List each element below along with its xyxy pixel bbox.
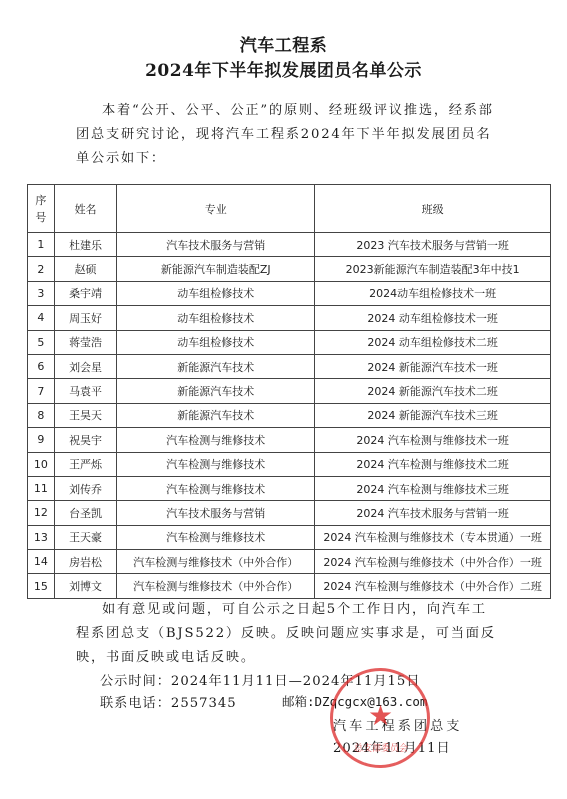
cell-no: 1: [28, 233, 55, 257]
table-row: 4周玉好动车组检修技术2024 动车组检修技术一班: [28, 306, 551, 330]
cell-class: 2023新能源汽车制造装配3年中技1: [315, 257, 551, 281]
department-title: 汽车工程系: [0, 31, 567, 56]
cell-no: 3: [28, 281, 55, 305]
cell-name: 杜建乐: [54, 233, 116, 257]
cell-no: 11: [28, 476, 55, 500]
table-row: 10王严烁汽车检测与维修技术2024 汽车检测与维修技术二班: [28, 452, 551, 476]
cell-no: 6: [28, 354, 55, 378]
cell-major: 汽车检测与维修技术: [117, 452, 315, 476]
cell-class: 2024 新能源汽车技术一班: [315, 354, 551, 378]
cell-class: 2024 汽车检测与维修技术三班: [315, 476, 551, 500]
cell-name: 王严烁: [54, 452, 116, 476]
cell-name: 房岩松: [54, 550, 116, 574]
cell-no: 13: [28, 525, 55, 549]
table-row: 8王昊天新能源汽车技术2024 新能源汽车技术三班: [28, 403, 551, 427]
table-header-row: 序 号 姓名 专业 班级: [28, 185, 551, 233]
header-major: 专业: [117, 185, 315, 233]
table-row: 2赵硕新能源汽车制造装配ZJ2023新能源汽车制造装配3年中技1: [28, 257, 551, 281]
cell-class: 2024 汽车检测与维修技术（中外合作）二班: [315, 574, 551, 598]
cell-name: 刘博文: [54, 574, 116, 598]
cell-name: 周玉好: [54, 306, 116, 330]
cell-class: 2024 汽车检测与维修技术一班: [315, 428, 551, 452]
cell-class: 2024 新能源汽车技术三班: [315, 403, 551, 427]
cell-no: 2: [28, 257, 55, 281]
cell-major: 汽车检测与维修技术: [117, 428, 315, 452]
table-row: 1杜建乐汽车技术服务与营销2023 汽车技术服务与营销一班: [28, 233, 551, 257]
cell-no: 12: [28, 501, 55, 525]
intro-paragraph: 本着“公开、公平、公正”的原则、经班级评议推选，经系部团总支研究讨论，现将汽车工…: [76, 99, 496, 171]
candidate-table: 序 号 姓名 专业 班级 1杜建乐汽车技术服务与营销2023 汽车技术服务与营销…: [27, 184, 551, 599]
contact-phone: 联系电话：2557345: [100, 692, 237, 711]
cell-no: 7: [28, 379, 55, 403]
contact-email: 邮箱:DZqcgcx@163.com: [282, 692, 427, 710]
cell-major: 新能源汽车技术: [117, 354, 315, 378]
cell-class: 2024 汽车检测与维修技术二班: [315, 452, 551, 476]
cell-class: 2024 动车组检修技术二班: [315, 330, 551, 354]
signature-date: 2024年11月11日: [333, 737, 451, 756]
cell-major: 新能源汽车制造装配ZJ: [117, 257, 315, 281]
cell-class: 2024 新能源汽车技术二班: [315, 379, 551, 403]
table-row: 7马袁平新能源汽车技术2024 新能源汽车技术二班: [28, 379, 551, 403]
cell-no: 8: [28, 403, 55, 427]
table-row: 12台圣凯汽车技术服务与营销2024 汽车技术服务与营销一班: [28, 501, 551, 525]
table-row: 9祝昊宇汽车检测与维修技术2024 汽车检测与维修技术一班: [28, 428, 551, 452]
cell-name: 蒋莹浩: [54, 330, 116, 354]
header-no-line1: 序: [28, 192, 54, 209]
cell-name: 王天豪: [54, 525, 116, 549]
cell-name: 赵硕: [54, 257, 116, 281]
signature-organization: 汽车工程系团总支: [333, 715, 463, 734]
cell-class: 2023 汽车技术服务与营销一班: [315, 233, 551, 257]
table-row: 3桑宇靖动车组检修技术2024动车组检修技术一班: [28, 281, 551, 305]
table-row: 5蒋莹浩动车组检修技术2024 动车组检修技术二班: [28, 330, 551, 354]
cell-class: 2024 汽车技术服务与营销一班: [315, 501, 551, 525]
cell-no: 10: [28, 452, 55, 476]
cell-no: 14: [28, 550, 55, 574]
table-row: 14房岩松汽车检测与维修技术（中外合作）2024 汽车检测与维修技术（中外合作）…: [28, 550, 551, 574]
cell-major: 汽车检测与维修技术（中外合作）: [117, 550, 315, 574]
cell-name: 祝昊宇: [54, 428, 116, 452]
header-class: 班级: [315, 185, 551, 233]
cell-major: 汽车检测与维修技术: [117, 525, 315, 549]
cell-name: 刘传乔: [54, 476, 116, 500]
cell-major: 动车组检修技术: [117, 330, 315, 354]
table-row: 6刘会星新能源汽车技术2024 新能源汽车技术一班: [28, 354, 551, 378]
cell-no: 15: [28, 574, 55, 598]
cell-class: 2024 汽车检测与维修技术（中外合作）一班: [315, 550, 551, 574]
cell-name: 桑宇靖: [54, 281, 116, 305]
cell-major: 新能源汽车技术: [117, 379, 315, 403]
cell-no: 9: [28, 428, 55, 452]
cell-major: 新能源汽车技术: [117, 403, 315, 427]
header-no-line2: 号: [28, 209, 54, 226]
cell-name: 王昊天: [54, 403, 116, 427]
cell-major: 汽车技术服务与营销: [117, 233, 315, 257]
cell-major: 动车组检修技术: [117, 306, 315, 330]
table-row: 15刘博文汽车检测与维修技术（中外合作）2024 汽车检测与维修技术（中外合作）…: [28, 574, 551, 598]
cell-name: 台圣凯: [54, 501, 116, 525]
cell-name: 刘会星: [54, 354, 116, 378]
header-no: 序 号: [28, 185, 55, 233]
feedback-paragraph: 如有意见或问题，可自公示之日起5个工作日内，向汽车工程系团总支（BJS522）反…: [76, 598, 496, 670]
publication-period: 公示时间：2024年11月11日—2024年11月15日: [100, 670, 421, 689]
cell-no: 5: [28, 330, 55, 354]
cell-no: 4: [28, 306, 55, 330]
cell-class: 2024 汽车检测与维修技术（专本贯通）一班: [315, 525, 551, 549]
table-row: 11刘传乔汽车检测与维修技术2024 汽车检测与维修技术三班: [28, 476, 551, 500]
cell-major: 动车组检修技术: [117, 281, 315, 305]
cell-class: 2024动车组检修技术一班: [315, 281, 551, 305]
cell-major: 汽车技术服务与营销: [117, 501, 315, 525]
header-name: 姓名: [54, 185, 116, 233]
cell-major: 汽车检测与维修技术（中外合作）: [117, 574, 315, 598]
cell-major: 汽车检测与维修技术: [117, 476, 315, 500]
document-title: 2024年下半年拟发展团员名单公示: [0, 56, 567, 81]
cell-name: 马袁平: [54, 379, 116, 403]
cell-class: 2024 动车组检修技术一班: [315, 306, 551, 330]
table-row: 13王天豪汽车检测与维修技术2024 汽车检测与维修技术（专本贯通）一班: [28, 525, 551, 549]
